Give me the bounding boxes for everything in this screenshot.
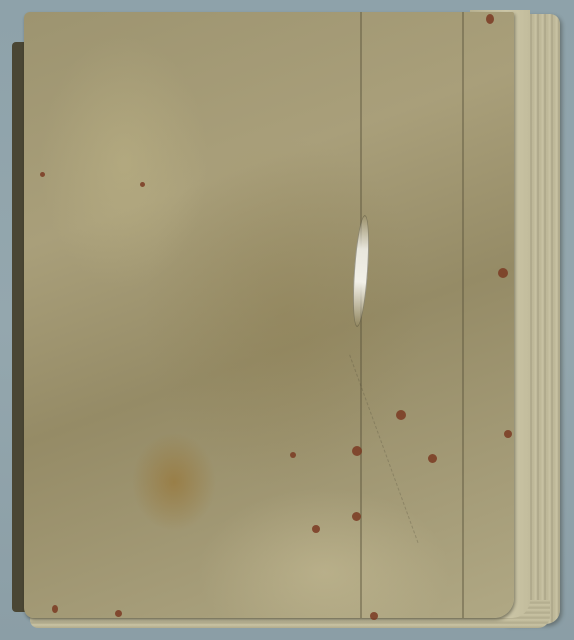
cover-crease [462, 12, 464, 618]
stain-spot [486, 14, 494, 24]
stain-spot [115, 610, 122, 617]
stain-spot [52, 605, 58, 613]
stain-spot [352, 512, 361, 521]
stain-spot [396, 410, 406, 420]
stain-spot [428, 454, 437, 463]
stain-spot [40, 172, 45, 177]
stain-spot [498, 268, 508, 278]
stain-spot [370, 612, 378, 620]
stain-spot [140, 182, 145, 187]
stain-spot [352, 446, 362, 456]
stain-spot [504, 430, 512, 438]
stain-spot [312, 525, 320, 533]
stain-spot [290, 452, 296, 458]
